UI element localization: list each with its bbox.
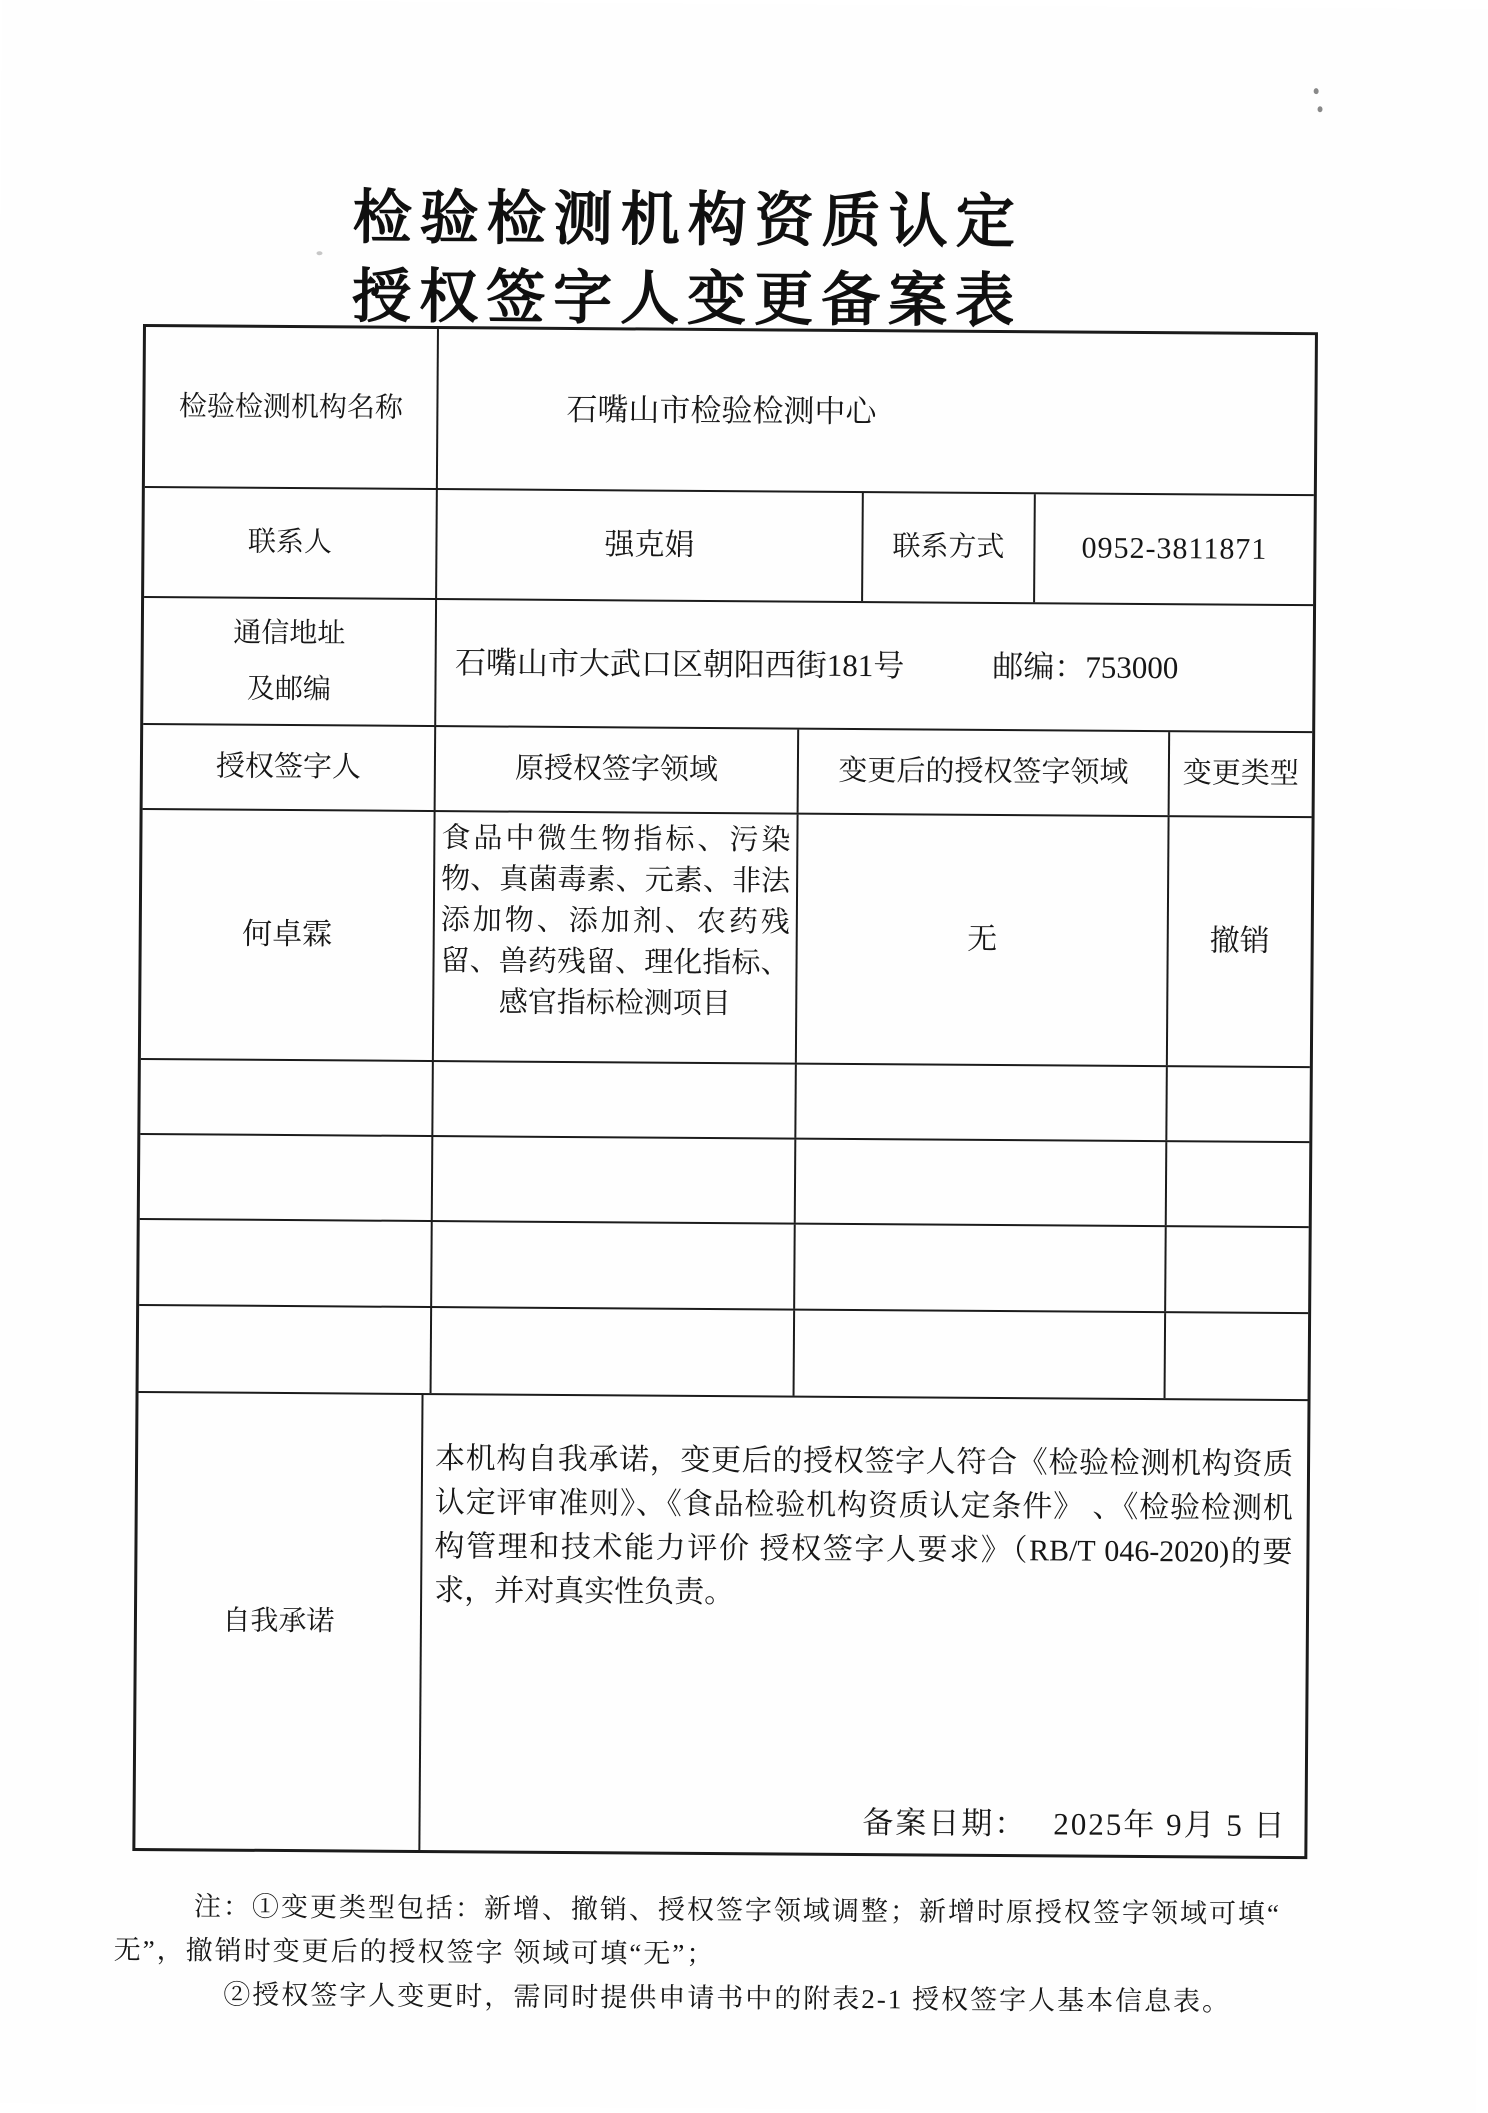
signatory-original-scope xyxy=(432,1308,796,1396)
scanned-form-page: 检验检测机构资质认定 授权签字人变更备案表 检验检测机构名称 石嘴山市检验检测中… xyxy=(0,0,1488,2104)
signatory-change-type xyxy=(1167,1067,1310,1141)
header-signatory: 授权签字人 xyxy=(143,725,437,810)
row-address: 通信地址 及邮编 石嘴山市大武口区朝阳西街181号 邮编：753000 xyxy=(143,598,1313,733)
signatory-name xyxy=(139,1220,433,1306)
signatory-changed-scope xyxy=(795,1311,1167,1399)
contact-label: 联系人 xyxy=(144,488,438,598)
scan-artifact xyxy=(316,251,322,255)
signatory-changed-scope xyxy=(796,1140,1168,1226)
address-text: 石嘴山市大武口区朝阳西街181号 xyxy=(455,642,905,687)
contact-value: 强克娟 xyxy=(437,490,864,601)
signatory-name xyxy=(140,1135,434,1220)
row-org-name: 检验检测机构名称 石嘴山市检验检测中心 xyxy=(145,327,1315,496)
header-change-type: 变更类型 xyxy=(1170,732,1313,816)
signatory-row xyxy=(140,1060,1309,1143)
signatory-change-type xyxy=(1166,1313,1309,1399)
commitment-cell: 本机构自我承诺，变更后的授权签字人符合《检验检测机构资质认定评审准则》、《食品检… xyxy=(420,1395,1307,1856)
signatory-name: 何卓霖 xyxy=(141,810,436,1060)
footnote-line3: ②授权签字人变更时，需同时提供申请书中的附表2-1 授权签字人基本信息表。 xyxy=(113,1972,1353,2025)
org-name-label: 检验检测机构名称 xyxy=(145,327,439,488)
footnotes: 注：①变更类型包括：新增、撤销、授权签字领域调整；新增时原授权签字领域可填“ 无… xyxy=(113,1884,1354,2025)
signatory-original-scope xyxy=(432,1222,796,1309)
signatory-changed-scope: 无 xyxy=(797,815,1170,1066)
signatory-changed-scope xyxy=(795,1225,1167,1312)
commitment-label: 自我承诺 xyxy=(135,1393,423,1850)
signatory-change-type xyxy=(1166,1227,1309,1312)
record-date-value: 2025年 9月 5 日 xyxy=(1053,1806,1286,1843)
record-date-label: 备案日期： xyxy=(862,1805,1027,1841)
org-name-value: 石嘴山市检验检测中心 xyxy=(438,329,1315,494)
signatory-row: 何卓霖 食品中微生物指标、污染物、真菌毒素、元素、非法添加物、添加剂、农药残留、… xyxy=(141,810,1312,1068)
address-label-line2: 及邮编 xyxy=(247,661,331,718)
signatory-changed-scope xyxy=(796,1065,1168,1141)
header-original-scope: 原授权签字领域 xyxy=(436,727,800,813)
contact-method-value: 0952-3811871 xyxy=(1035,494,1314,604)
scan-artifact xyxy=(1314,88,1319,94)
scan-artifact xyxy=(1318,106,1323,112)
postcode-text: 邮编：753000 xyxy=(992,646,1178,689)
signatory-change-type xyxy=(1167,1142,1310,1226)
address-label-line1: 通信地址 xyxy=(233,605,345,662)
signatory-row xyxy=(139,1220,1309,1314)
row-contact: 联系人 强克娟 联系方式 0952-3811871 xyxy=(144,488,1314,606)
change-record-table: 检验检测机构名称 石嘴山市检验检测中心 联系人 强克娟 联系方式 0952-38… xyxy=(132,324,1318,1859)
commitment-text: 本机构自我承诺，变更后的授权签字人符合《检验检测机构资质认定评审准则》、《食品检… xyxy=(434,1442,1293,1609)
signatory-name xyxy=(140,1060,434,1135)
signatory-row xyxy=(140,1135,1310,1228)
signatory-original-scope xyxy=(433,1062,797,1138)
org-name-text: 石嘴山市检验检测中心 xyxy=(566,389,876,433)
signatory-original-scope: 食品中微生物指标、污染物、真菌毒素、元素、非法添加物、添加剂、农药残留、兽药残留… xyxy=(434,812,799,1063)
row-signatory-header: 授权签字人 原授权签字领域 变更后的授权签字领域 变更类型 xyxy=(143,725,1313,818)
row-commitment: 自我承诺 本机构自我承诺，变更后的授权签字人符合《检验检测机构资质认定评审准则》… xyxy=(135,1393,1307,1856)
signatory-name xyxy=(139,1306,433,1393)
signatory-change-type: 撤销 xyxy=(1168,817,1312,1066)
record-date: 备案日期：2025年 9月 5 日 xyxy=(862,1801,1287,1848)
signatory-original-scope xyxy=(433,1137,797,1223)
header-changed-scope: 变更后的授权签字领域 xyxy=(799,730,1171,816)
contact-method-label: 联系方式 xyxy=(863,493,1036,602)
signatory-row xyxy=(139,1306,1309,1401)
address-value: 石嘴山市大武口区朝阳西街181号 邮编：753000 xyxy=(378,600,1255,731)
